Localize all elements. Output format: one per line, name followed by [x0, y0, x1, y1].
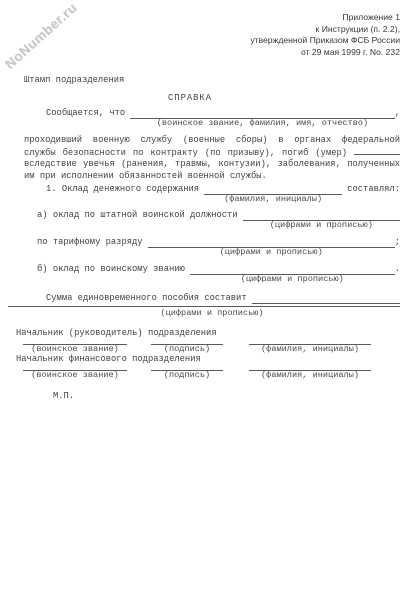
lump-sum-blank-line [8, 306, 400, 307]
intro-label: Сообщается, что [46, 108, 125, 119]
tariff-grade-row: по тарифному разряду (цифрами и прописью… [24, 236, 400, 248]
finance-head-signature-blank-field: (подпись) [151, 366, 223, 371]
unit-head-signature-row: (воинское звание) (подпись) (фамилия, ин… [23, 340, 400, 345]
paragraph-line-4: им при исполнении обязанностей военной с… [24, 170, 400, 182]
position-salary-blank-field: (цифрами и прописью) [243, 209, 400, 221]
tariff-grade-blank-field: (цифрами и прописью) [148, 236, 395, 248]
intro-row: Сообщается, что (воинское звание, фамили… [24, 107, 400, 119]
rank-salary-row: б) оклад по воинскому званию (цифрами и … [24, 263, 400, 275]
unit-head-signature-caption: (подпись) [151, 345, 223, 354]
rank-salary-label: б) оклад по воинскому званию [37, 264, 185, 275]
unit-stamp-label: Штамп подразделения [24, 75, 400, 86]
salary-item-row: 1. Оклад денежного содержания (фамилия, … [24, 183, 400, 195]
unit-head-title: Начальник (руководитель) подразделения [16, 328, 400, 339]
unit-head-rank-caption: (воинское звание) [23, 345, 127, 354]
salary-item-tail: составлял: [347, 184, 400, 195]
document-title: СПРАВКА [24, 93, 400, 104]
rank-trailing-period: . [395, 264, 400, 275]
document-page: Приложение 1 к Инструкции (п. 2.2), утве… [0, 0, 420, 600]
paragraph-line-2-text: службы безопасности по контракту (по при… [24, 148, 347, 158]
position-salary-caption: (цифрами и прописью) [243, 221, 400, 230]
finance-head-title: Начальник финансового подразделения [16, 354, 400, 365]
paragraph-line-3: вследствие увечья (ранения, травмы, конт… [24, 158, 400, 170]
finance-head-rank-blank-field: (воинское звание) [23, 366, 127, 371]
lump-sum-row: Сумма единовременного пособия составит [24, 292, 400, 304]
intro-trailing-comma: , [395, 108, 400, 119]
unit-head-name-blank-field: (фамилия, инициалы) [249, 340, 371, 345]
finance-head-signature-caption: (подпись) [151, 371, 223, 380]
lump-sum-blank-field [252, 292, 400, 304]
seal-place-label: М.П. [24, 392, 400, 401]
unit-head-rank-blank-field: (воинское звание) [23, 340, 127, 345]
paragraph-line-1: проходивший военную службу (военные сбор… [24, 134, 400, 146]
lump-sum-label: Сумма единовременного пособия составит [46, 293, 247, 304]
appendix-header-line-4: от 29 мая 1999 г. No. 232 [24, 47, 400, 59]
position-salary-label: а) оклад по штатной воинской должности [37, 210, 238, 221]
appendix-header-line-1: Приложение 1 [24, 12, 400, 24]
finance-head-name-caption: (фамилия, инициалы) [249, 371, 371, 380]
position-salary-row: а) оклад по штатной воинской должности (… [24, 209, 400, 221]
salary-name-caption: (фамилия, инициалы) [204, 195, 342, 204]
appendix-header-line-3: утвержденной Приказом ФСБ России [24, 35, 400, 47]
lump-sum-caption: (цифрами и прописью) [24, 309, 400, 318]
tariff-grade-caption: (цифрами и прописью) [148, 248, 395, 257]
salary-item-label: 1. Оклад денежного содержания [46, 184, 199, 195]
paragraph-line-2: службы безопасности по контракту (по при… [24, 146, 400, 158]
salary-name-blank-field: (фамилия, инициалы) [204, 183, 342, 195]
death-date-blank-field [354, 146, 400, 155]
unit-head-signature-blank-field: (подпись) [151, 340, 223, 345]
tariff-grade-label: по тарифному разряду [37, 237, 143, 248]
appendix-header-line-2: к Инструкции (п. 2.2), [24, 24, 400, 36]
rank-salary-caption: (цифрами и прописью) [190, 275, 395, 284]
finance-head-rank-caption: (воинское звание) [23, 371, 127, 380]
person-name-blank-field: (воинское звание, фамилия, имя, отчество… [130, 107, 395, 119]
person-name-caption: (воинское звание, фамилия, имя, отчество… [130, 119, 395, 128]
finance-head-signature-row: (воинское звание) (подпись) (фамилия, ин… [23, 366, 400, 371]
unit-head-name-caption: (фамилия, инициалы) [249, 345, 371, 354]
body-paragraph: проходивший военную службу (военные сбор… [24, 134, 400, 182]
finance-head-name-blank-field: (фамилия, инициалы) [249, 366, 371, 371]
rank-salary-blank-field: (цифрами и прописью) [190, 263, 395, 275]
tariff-trailing-semicolon: ; [395, 237, 400, 248]
appendix-header: Приложение 1 к Инструкции (п. 2.2), утве… [24, 12, 400, 58]
